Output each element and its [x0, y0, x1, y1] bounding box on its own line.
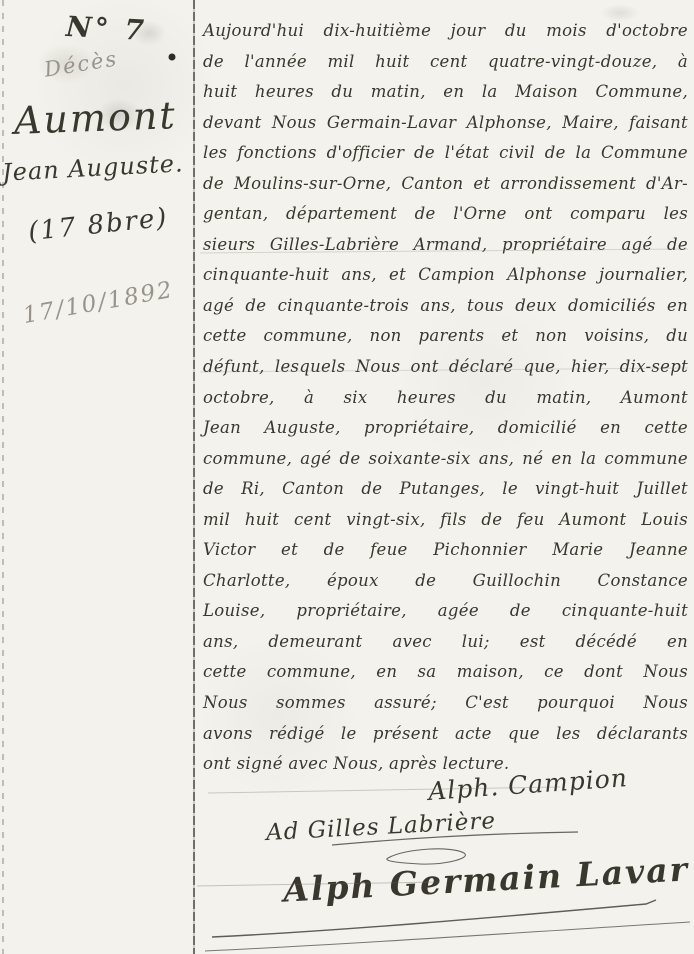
act-line: cette commune, non parents et non voisin… [203, 321, 688, 352]
ink-dot [169, 54, 176, 61]
scan-left-edge-line [2, 0, 4, 954]
margin-pencil-date: 17/10/1892 [21, 277, 176, 329]
act-line: de Moulins-sur-Orne, Canton et arrondiss… [203, 169, 688, 200]
act-line: de l'année mil huit cent quatre-vingt-do… [203, 47, 688, 78]
register-margin-rule [193, 0, 195, 954]
act-line: défunt, lesquels Nous ont déclaré que, h… [203, 352, 688, 383]
act-line: agé de cinquante-trois ans, tous deux do… [203, 291, 688, 322]
act-line: les fonctions d'officier de l'état civil… [203, 138, 688, 169]
signature-gilles-labriere: Ad Gilles Labrière [265, 808, 496, 846]
act-line: de Ri, Canton de Putanges, le vingt-huit… [203, 474, 688, 505]
margin-surname: Aumont [13, 93, 177, 143]
signature-sweep-bottom [205, 922, 690, 951]
act-line: Louise, propriétaire, agée de cinquante-… [203, 596, 688, 627]
act-line: mil huit cent vingt-six, fils de feu Aum… [203, 505, 688, 536]
signature-mayor-germain-lavar: Alph Germain Lavar [282, 849, 690, 909]
act-line: commune, agé de soixante-six ans, né en … [203, 444, 688, 475]
act-line: cette commune, en sa maison, ce dont Nou… [203, 657, 688, 688]
margin-given-names: Jean Auguste. [1, 149, 184, 186]
act-line: gentan, département de l'Orne ont compar… [203, 199, 688, 230]
act-line: Aujourd'hui dix-huitième jour du mois d'… [203, 16, 688, 47]
act-line: octobre, à six heures du matin, Aumont [203, 383, 688, 414]
act-line: huit heures du matin, en la Maison Commu… [203, 77, 688, 108]
act-line: ans, demeurant avec lui; est décédé en [203, 627, 688, 658]
act-line: devant Nous Germain-Lavar Alphonse, Mair… [203, 108, 688, 139]
act-body-text: Aujourd'hui dix-huitième jour du mois d'… [203, 16, 688, 780]
act-line: Charlotte, époux de Guillochin Constance [203, 566, 688, 597]
act-line: Nous sommes assuré; C'est pourquoi Nous [203, 688, 688, 719]
margin-act-date: (17 8bre) [27, 203, 170, 248]
death-record-scan-page: N° 7 Décès Aumont Jean Auguste. (17 8bre… [0, 0, 694, 954]
act-type-pencil-note: Décès [43, 46, 120, 81]
act-line: Jean Auguste, propriétaire, domicilié en… [203, 413, 688, 444]
act-number: N° 7 [65, 10, 147, 47]
act-line: Victor et de feue Pichonnier Marie Jeann… [203, 535, 688, 566]
act-line: avons rédigé le présent acte que les déc… [203, 719, 688, 750]
act-line: sieurs Gilles-Labrière Armand, propriéta… [203, 230, 688, 261]
signature-flourish-mayor [212, 900, 656, 937]
act-line: cinquante-huit ans, et Campion Alphonse … [203, 260, 688, 291]
